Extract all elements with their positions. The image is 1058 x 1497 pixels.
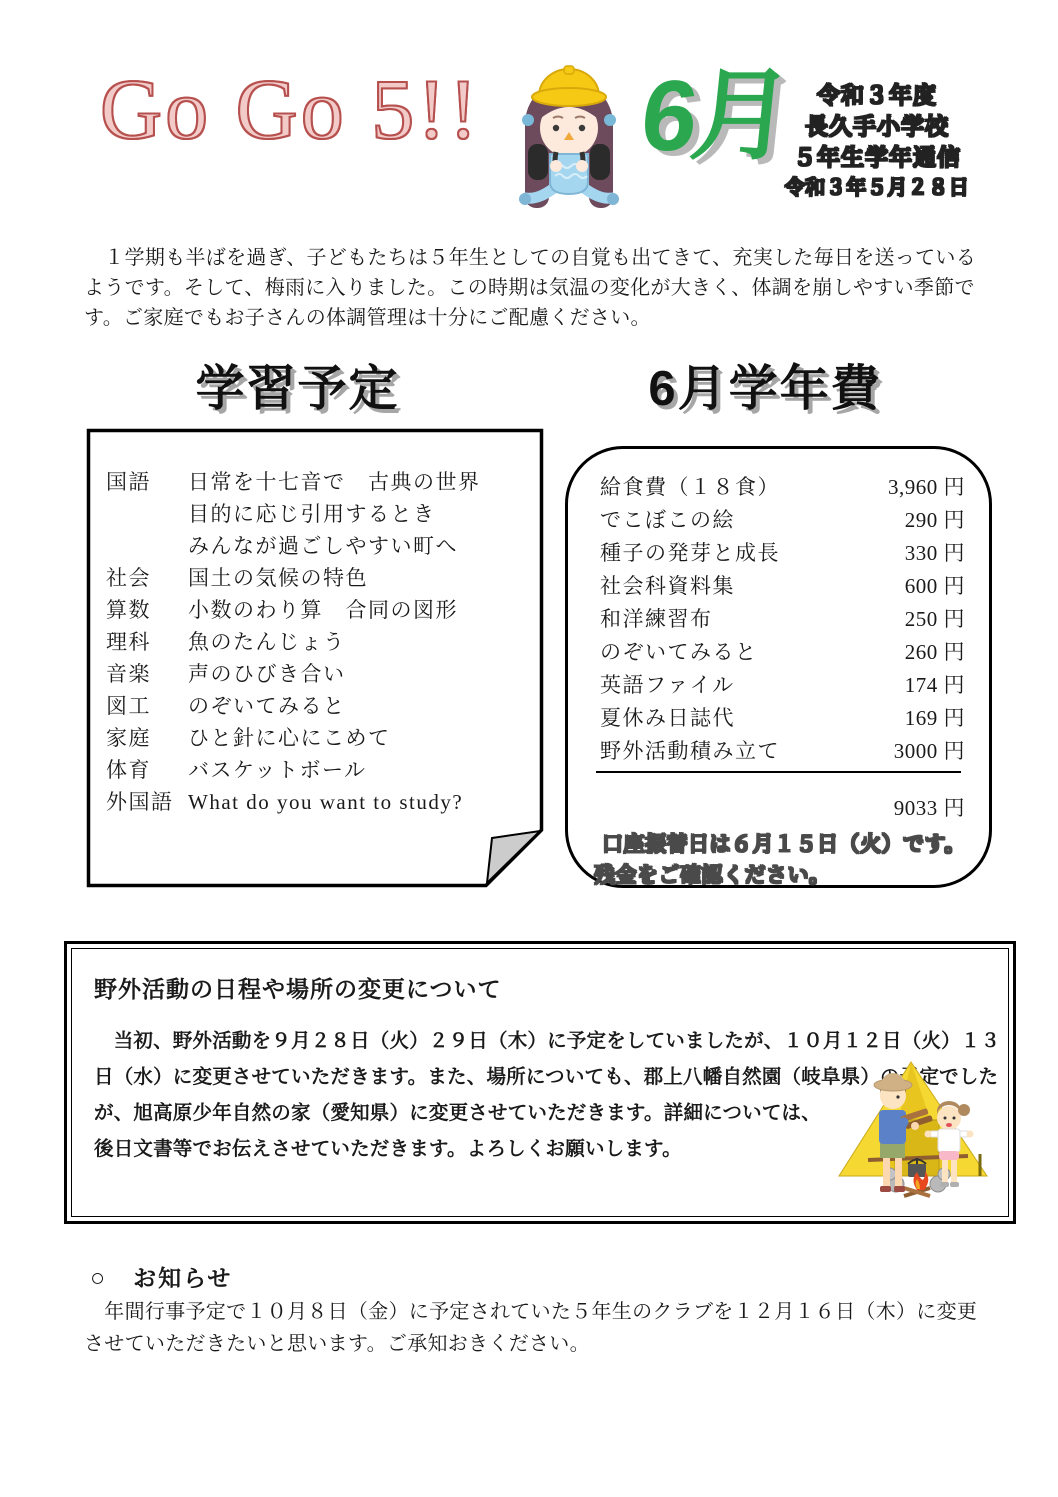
subject-topic: ひと針に心にこめて — [188, 722, 518, 754]
subject-topic: バスケットボール — [188, 754, 518, 786]
circle-bullet-icon: ○ — [90, 1264, 107, 1292]
study-plan-row: 音楽 声のひびき合い — [106, 658, 518, 690]
study-plan-heading: 学習予定 — [70, 360, 525, 419]
fee-item-name: 社会科資料集 — [600, 570, 735, 603]
intro-paragraph: １学期も半ばを過ぎ、子どもたちは５年生としての自覚も出てきて、充実した毎日を送っ… — [84, 243, 976, 333]
fee-row: 野外活動積み立て 3000 円 — [600, 735, 965, 768]
bank-transfer-note: 口座振替日は６月１５日（火）です。 — [602, 828, 966, 858]
notice-heading-label: お知らせ — [133, 1265, 232, 1291]
fee-row: 夏休み日誌代 169 円 — [600, 702, 965, 735]
fee-item-price: 330 円 — [905, 537, 965, 570]
fee-row: のぞいてみると 260 円 — [600, 636, 965, 669]
fees-table: 給食費（１８食） 3,960 円 でこぼこの絵 290 円 種子の発芽と成長 3… — [600, 471, 965, 768]
subject-label: 外国語 — [106, 786, 188, 818]
fee-item-name: 夏休み日誌代 — [600, 702, 735, 735]
study-plan-row: 算数 小数のわり算 合同の図形 — [106, 594, 518, 626]
fee-row: でこぼこの絵 290 円 — [600, 504, 965, 537]
subject-label: 家庭 — [106, 722, 188, 754]
study-plan-row: 家庭 ひと針に心にこめて — [106, 722, 518, 754]
outdoor-activity-box: 野外活動の日程や場所の変更について 当初、野外活動を９月２８日（火）２９日（木）… — [64, 941, 1016, 1224]
newsletter-page: Go Go 5!! — [0, 0, 1058, 1497]
outdoor-activity-title: 野外活動の日程や場所の変更について — [94, 971, 502, 1004]
subject-label: 社会 — [106, 562, 188, 594]
school-name-line: 長久手小学校 — [768, 111, 986, 142]
subject-topic: 国土の気候の特色 — [188, 562, 518, 594]
notice-heading: ○お知らせ — [90, 1260, 232, 1293]
fee-row: 種子の発芽と成長 330 円 — [600, 537, 965, 570]
study-plan-row: 社会 国土の気候の特色 — [106, 562, 518, 594]
outdoor-activity-body-line: 当初、野外活動を９月２８日（火）２９日（木）に予定をしていましたが、１０月１２日… — [94, 1023, 992, 1059]
study-plan-row: 理科 魚のたんじょう — [106, 626, 518, 658]
subject-label: 算数 — [106, 594, 188, 626]
study-plan-row: みんなが過ごしやすい町へ — [106, 530, 518, 562]
outdoor-activity-inner-frame: 野外活動の日程や場所の変更について 当初、野外活動を９月２８日（火）２９日（木）… — [71, 948, 1009, 1217]
school-info-block: 令和３年度 長久手小学校 ５年生学年通信 令和３年５月２８日 — [768, 80, 986, 204]
subject-topic: みんなが過ごしやすい町へ — [188, 530, 518, 562]
fee-item-price: 3000 円 — [894, 735, 965, 768]
study-plan-box: 国語 日常を十七音で 古典の世界 目的に応じ引用するとき みんなが過ごしやすい町… — [86, 428, 544, 888]
camping-scene-illustration — [798, 1056, 994, 1208]
fee-item-name: 野外活動積み立て — [600, 735, 780, 768]
fee-item-price: 250 円 — [905, 603, 965, 636]
newsletter-kind-line: ５年生学年通信 — [768, 142, 986, 173]
fee-row: 給食費（１８食） 3,960 円 — [600, 471, 965, 504]
fee-item-price: 600 円 — [905, 570, 965, 603]
fee-item-name: でこぼこの絵 — [600, 504, 735, 537]
subject-label: 国語 — [106, 466, 188, 498]
fee-item-name: 英語ファイル — [600, 669, 735, 702]
notice-body: 年間行事予定で１０月８日（金）に予定されていた５年生のクラブを１２月１６日（木）… — [84, 1296, 980, 1360]
fee-item-price: 290 円 — [905, 504, 965, 537]
fee-row: 和洋練習布 250 円 — [600, 603, 965, 636]
subject-topic: 魚のたんじょう — [188, 626, 518, 658]
fee-item-name: 和洋練習布 — [600, 603, 713, 636]
fee-row: 社会科資料集 600 円 — [600, 570, 965, 603]
newsletter-title: Go Go 5!! — [100, 66, 481, 152]
study-plan-table: 国語 日常を十七音で 古典の世界 目的に応じ引用するとき みんなが過ごしやすい町… — [106, 466, 518, 818]
subject-label: 図工 — [106, 690, 188, 722]
fee-item-price: 169 円 — [905, 702, 965, 735]
subject-topic: 日常を十七音で 古典の世界 — [188, 466, 518, 498]
subject-label — [106, 498, 188, 530]
fee-item-name: 種子の発芽と成長 — [600, 537, 780, 570]
subject-label: 体育 — [106, 754, 188, 786]
fee-item-price: 3,960 円 — [888, 471, 965, 504]
subject-topic: 目的に応じ引用するとき — [188, 498, 518, 530]
fees-total-divider — [596, 771, 961, 773]
subject-label: 理科 — [106, 626, 188, 658]
study-plan-row: 国語 日常を十七音で 古典の世界 — [106, 466, 518, 498]
fees-total: 9033 円 — [894, 792, 965, 822]
fee-row: 英語ファイル 174 円 — [600, 669, 965, 702]
issue-date: 令和３年５月２８日 — [768, 173, 986, 204]
subject-topic: 声のひびき合い — [188, 658, 518, 690]
fees-heading: 6月学年費 — [550, 360, 980, 419]
subject-topic: What do you want to study? — [188, 786, 518, 818]
girl-in-yellow-helmet-mascot-icon — [498, 44, 640, 218]
subject-label — [106, 530, 188, 562]
balance-check-note: 残金をご確認ください。 — [594, 859, 831, 889]
fee-item-name: のぞいてみると — [600, 636, 758, 669]
fee-item-price: 174 円 — [905, 669, 965, 702]
subject-topic: のぞいてみると — [188, 690, 518, 722]
study-plan-row: 体育 バスケットボール — [106, 754, 518, 786]
subject-topic: 小数のわり算 合同の図形 — [188, 594, 518, 626]
fee-item-name: 給食費（１８食） — [600, 471, 780, 504]
school-year-line: 令和３年度 — [768, 80, 986, 111]
fees-box: 給食費（１８食） 3,960 円 でこぼこの絵 290 円 種子の発芽と成長 3… — [565, 446, 992, 888]
subject-label: 音楽 — [106, 658, 188, 690]
study-plan-row: 外国語 What do you want to study? — [106, 786, 518, 818]
study-plan-row: 図工 のぞいてみると — [106, 690, 518, 722]
study-plan-row: 目的に応じ引用するとき — [106, 498, 518, 530]
fee-item-price: 260 円 — [905, 636, 965, 669]
